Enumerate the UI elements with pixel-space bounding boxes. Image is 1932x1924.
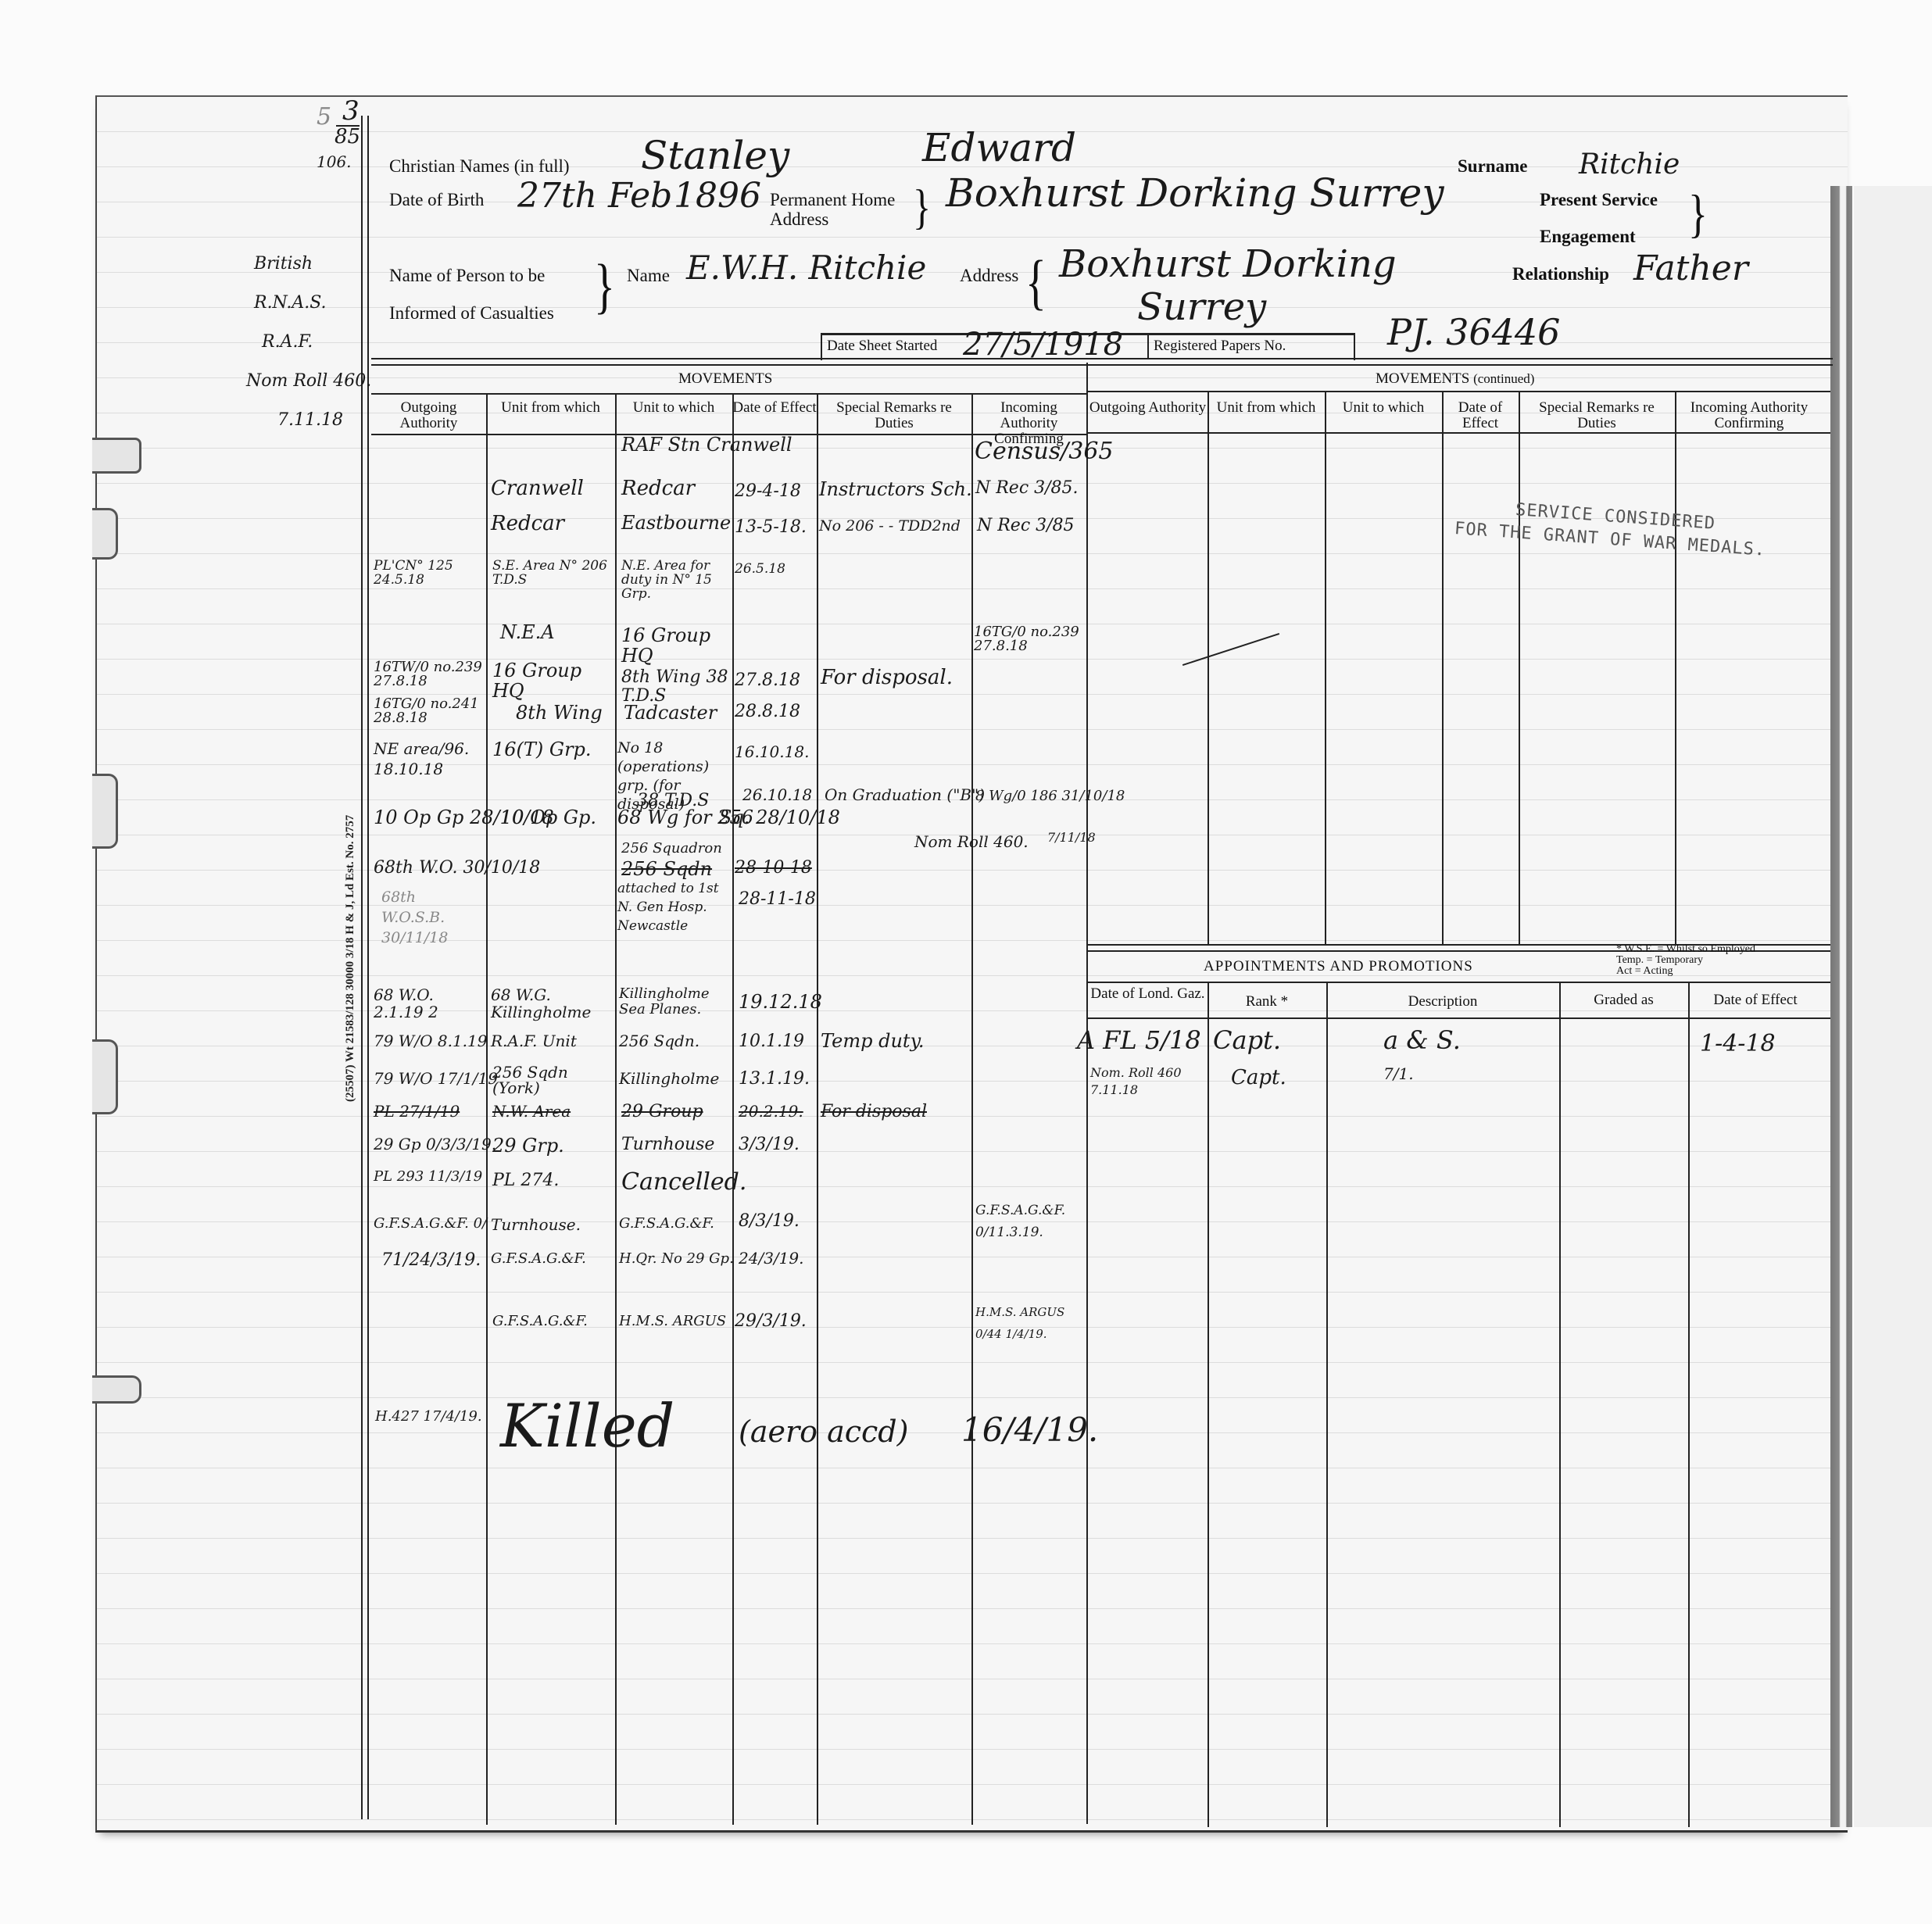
movement-from: Cranwell bbox=[491, 477, 584, 500]
col-rule bbox=[1559, 983, 1561, 1827]
movement-incoming: 7/11/18 bbox=[1047, 830, 1096, 845]
cont-col-unit-to: Unit to which bbox=[1325, 400, 1442, 416]
registered-papers-label: Registered Papers No. bbox=[1154, 338, 1286, 355]
movement-to: N.E. Area for duty in N° 15 Grp. bbox=[621, 559, 731, 601]
col-rule bbox=[1207, 392, 1209, 946]
continued-suffix: (continued) bbox=[1473, 371, 1534, 386]
table-divider bbox=[1086, 363, 1088, 1824]
movement-outgoing: 68 W.O. 2.1.19 2 bbox=[374, 986, 485, 1021]
cont-col-outgoing-authority: Outgoing Authority bbox=[1088, 400, 1207, 416]
movement-to: Tadcaster bbox=[624, 702, 717, 724]
movement-to: G.F.S.A.G.&F. bbox=[619, 1215, 714, 1232]
movement-to: 256 Squadron bbox=[621, 840, 722, 857]
home-address-label-2: Address bbox=[770, 209, 828, 230]
movement-incoming: 16TG/0 no.239 27.8.18 bbox=[974, 625, 1085, 653]
col-rule bbox=[732, 395, 734, 1825]
movement-to: 256 Sqdn. bbox=[619, 1032, 699, 1050]
relationship-value: Father bbox=[1633, 249, 1748, 288]
appt-rank: Capt. bbox=[1213, 1025, 1281, 1055]
movement-outgoing: NE area/96. 18.10.18 bbox=[374, 738, 485, 779]
bracket: } bbox=[913, 180, 931, 236]
bracket: } bbox=[594, 252, 615, 322]
movement-to: Cancelled. bbox=[621, 1168, 746, 1196]
movement-from: 68 W.G. Killingholme bbox=[491, 986, 612, 1021]
casualty-label: Name of Person to be bbox=[389, 266, 545, 286]
movement-outgoing: 71/24/3/19. bbox=[381, 1250, 481, 1270]
movement-from: N.E.A bbox=[500, 621, 555, 643]
movement-incoming: Census/365 bbox=[975, 438, 1114, 465]
rule bbox=[371, 393, 1086, 395]
movement-to: H.Qr. No 29 Gp. bbox=[619, 1250, 734, 1267]
movement-to: 8th Wing 38 T.D.S bbox=[621, 668, 731, 706]
movement-to: Eastbourne bbox=[621, 512, 731, 534]
movement-to: Turnhouse bbox=[621, 1135, 714, 1154]
movement-to-struck: 29 Group bbox=[621, 1102, 703, 1121]
margin-note: British bbox=[254, 254, 313, 274]
col-rule bbox=[1688, 983, 1690, 1827]
bracket: } bbox=[1688, 184, 1708, 245]
cont-col-special-remarks: Special Remarks re Duties bbox=[1519, 400, 1675, 431]
killed-text: Killed bbox=[500, 1391, 674, 1461]
col-rule bbox=[817, 395, 818, 1825]
casualty-name-label: Name bbox=[627, 266, 670, 286]
dob-day: 27th Feb bbox=[517, 176, 672, 216]
casualty-address-label: Address bbox=[960, 266, 1018, 286]
movement-incoming: H.M.S. ARGUS 0/44 1/4/19. bbox=[975, 1301, 1085, 1345]
movement-date: 26.10.18 bbox=[742, 785, 812, 804]
christian-name-1: Stanley bbox=[641, 133, 789, 178]
movement-date: 16.10.18. bbox=[735, 742, 809, 761]
casualty-label-2: Informed of Casualties bbox=[389, 303, 554, 324]
movement-outgoing-struck: PL 27/1/19 bbox=[374, 1102, 460, 1121]
registered-papers-value: PJ. 36446 bbox=[1387, 311, 1560, 353]
appt-gazette: Nom. Roll 460 7.11.18 bbox=[1090, 1064, 1207, 1099]
movement-from: PL 274. bbox=[492, 1171, 559, 1190]
movement-from: G.F.S.A.G.&F. bbox=[491, 1250, 586, 1267]
movement-date: 27.8.18 bbox=[735, 671, 800, 690]
surname-label: Surname bbox=[1458, 156, 1527, 177]
killed-date: 16/4/19. bbox=[961, 1411, 1098, 1449]
present-service-label: Present Service bbox=[1540, 190, 1658, 210]
rule bbox=[1088, 982, 1830, 983]
cont-col-date-of-effect: Date of Effect bbox=[1442, 400, 1519, 431]
col-rule bbox=[1519, 392, 1520, 946]
binder-ring-icon bbox=[92, 774, 118, 849]
movement-outgoing: 68th W.O.S.B. 30/11/18 bbox=[381, 887, 483, 948]
movement-date: 3/3/19. bbox=[739, 1135, 800, 1154]
casualty-address-value-1: Boxhurst Dorking bbox=[1059, 242, 1397, 286]
movement-from: R.A.F. Unit bbox=[491, 1032, 577, 1050]
binder-ring-icon bbox=[92, 508, 118, 560]
movement-date: 29/3/19. bbox=[735, 1311, 807, 1331]
col-rule bbox=[1675, 392, 1676, 946]
binding-edge bbox=[1830, 186, 1852, 1827]
engagement-label: Engagement bbox=[1540, 227, 1636, 247]
movement-date: Sq. 28/10/18 bbox=[719, 806, 840, 828]
col-rule bbox=[1326, 983, 1328, 1827]
movement-outgoing: 16TW/0 no.239 27.8.18 bbox=[374, 660, 485, 688]
movement-from: 29 Grp. bbox=[492, 1135, 564, 1157]
movement-date-struck: 28-10-18 bbox=[735, 858, 812, 878]
dob-year: 1896 bbox=[674, 176, 761, 216]
movement-to: H.M.S. ARGUS bbox=[619, 1313, 726, 1329]
movement-date: 10.1.19 bbox=[739, 1032, 804, 1051]
movement-to: Redcar bbox=[621, 477, 695, 500]
movement-to: 16 Group HQ bbox=[621, 625, 731, 666]
col-unit-from: Unit from which bbox=[486, 400, 615, 416]
movement-from: 10 Op Gp. bbox=[500, 806, 596, 828]
movement-remarks: On Graduation ("B") bbox=[825, 785, 985, 804]
legend-act: Act = Acting bbox=[1616, 966, 1755, 977]
home-address-label: Permanent Home bbox=[770, 190, 895, 210]
appt-col-rank: Rank * bbox=[1207, 994, 1326, 1010]
appointments-legend: * W.S.E. = Whilst so Employed Temp. = Te… bbox=[1616, 944, 1755, 977]
movement-date: 13.1.19. bbox=[739, 1069, 810, 1089]
movement-incoming: N Rec 3/85. bbox=[975, 478, 1079, 498]
movement-date: 13-5-18. bbox=[735, 517, 807, 537]
appt-rank: Capt. bbox=[1231, 1066, 1286, 1089]
divider bbox=[1147, 334, 1149, 358]
casualty-address-value-2: Surrey bbox=[1137, 285, 1266, 329]
col-rule bbox=[1442, 392, 1444, 946]
movement-incoming: N Rec 3/85 bbox=[977, 516, 1075, 535]
movement-outgoing: PL 293 11/3/19 bbox=[374, 1168, 485, 1186]
movement-date: 26.5.18 bbox=[735, 561, 785, 577]
binder-ring-icon bbox=[92, 1039, 118, 1114]
movement-date: 28-11-18 bbox=[739, 889, 816, 909]
appointments-title: APPOINTMENTS AND PROMOTIONS bbox=[1204, 958, 1473, 975]
movement-to-struck: 256 Sqdn bbox=[621, 858, 712, 880]
col-date-of-effect: Date of Effect bbox=[732, 400, 817, 416]
margin-fraction-bottom: 85 bbox=[335, 125, 360, 148]
home-address-value: Boxhurst Dorking Surrey bbox=[946, 170, 1444, 216]
movement-from: 16(T) Grp. bbox=[492, 738, 592, 760]
movement-date: 19.12.18 bbox=[739, 991, 822, 1013]
margin-note: R.N.A.S. bbox=[254, 293, 327, 313]
rule bbox=[1088, 1017, 1830, 1019]
surname-value: Ritchie bbox=[1579, 148, 1680, 181]
movement-outgoing: 79 W/O 17/1/19 bbox=[374, 1069, 498, 1088]
casualty-name-value: E.W.H. Ritchie bbox=[686, 249, 926, 287]
movement-to: RAF Stn Cranwell bbox=[621, 434, 792, 456]
movement-to: Killingholme Sea Planes. bbox=[619, 986, 732, 1017]
movement-from: 16 Group HQ bbox=[492, 660, 614, 701]
movement-remarks-struck: For disposal bbox=[821, 1102, 927, 1121]
appt-description: 7/1. bbox=[1383, 1064, 1414, 1083]
margin-note: 7.11.18 bbox=[277, 410, 343, 430]
movement-date: 8/3/19. bbox=[739, 1211, 800, 1231]
movement-remarks: For disposal. bbox=[821, 666, 953, 689]
movement-outgoing: 68th W.O. 30/10/18 bbox=[374, 858, 540, 878]
movement-remarks: No 206 - - TDD2nd bbox=[819, 517, 961, 535]
bracket: { bbox=[1025, 248, 1046, 318]
movement-remarks: Nom Roll 460. bbox=[914, 832, 1029, 851]
binder-ring-icon bbox=[92, 1375, 141, 1404]
appt-col-gazette: Date of Lond. Gaz. bbox=[1088, 986, 1207, 1002]
appt-col-graded-as: Graded as bbox=[1559, 992, 1688, 1008]
movement-outgoing: G.F.S.A.G.&F. 0/ bbox=[374, 1215, 487, 1232]
killed-outgoing-authority: H.427 17/4/19. bbox=[375, 1407, 485, 1427]
christian-name-2: Edward bbox=[922, 125, 1076, 170]
margin-fraction-top: 3 bbox=[342, 95, 360, 127]
christian-names-label: Christian Names (in full) bbox=[389, 156, 570, 177]
margin-number: 5 bbox=[317, 103, 331, 131]
movement-incoming: 8 Wg/0 186 31/10/18 bbox=[975, 788, 1125, 804]
col-rule bbox=[1325, 392, 1326, 946]
movement-outgoing: PL'CN° 125 24.5.18 bbox=[374, 559, 483, 587]
appt-col-date-of-effect: Date of Effect bbox=[1688, 992, 1823, 1008]
margin-note: R.A.F. bbox=[262, 332, 313, 352]
movement-from: Redcar bbox=[491, 512, 564, 535]
movement-to: attached to 1st N. Gen Hosp. Newcastle bbox=[617, 879, 727, 935]
col-rule bbox=[486, 395, 488, 1825]
legend-temp: Temp. = Temporary bbox=[1616, 955, 1755, 966]
movements-title: MOVEMENTS bbox=[678, 370, 772, 388]
col-outgoing-authority: Outgoing Authority bbox=[371, 400, 486, 431]
movement-date-struck: 20.2.19. bbox=[739, 1102, 803, 1121]
appt-gazette: A FL 5/18 bbox=[1077, 1025, 1201, 1055]
movements-continued-title: MOVEMENTS (continued) bbox=[1376, 370, 1534, 388]
rule bbox=[1088, 432, 1830, 434]
header-rule bbox=[371, 358, 1833, 366]
movement-date: 29-4-18 bbox=[735, 481, 801, 501]
legend-wse: * W.S.E. = Whilst so Employed bbox=[1616, 944, 1755, 955]
movement-from: S.E. Area N° 206 T.D.S bbox=[492, 559, 614, 587]
movement-outgoing: 16TG/0 no.241 28.8.18 bbox=[374, 697, 485, 725]
dob-label: Date of Birth bbox=[389, 190, 484, 210]
appt-col-description: Description bbox=[1326, 994, 1559, 1010]
movement-date: 28.8.18 bbox=[735, 702, 800, 721]
page-background-right bbox=[1854, 186, 1932, 1827]
killed-cause: (aero accd) bbox=[739, 1414, 908, 1449]
col-rule bbox=[615, 395, 617, 1825]
cont-col-unit-from: Unit from which bbox=[1207, 400, 1325, 416]
movement-to: Killingholme bbox=[619, 1069, 719, 1088]
movement-from: 8th Wing bbox=[516, 702, 603, 724]
movement-from: 256 Sqdn (York) bbox=[492, 1064, 610, 1096]
col-special-remarks: Special Remarks re Duties bbox=[817, 400, 971, 431]
margin-ref: 106. bbox=[317, 152, 352, 171]
col-rule bbox=[971, 395, 973, 1825]
movement-date: 24/3/19. bbox=[739, 1249, 803, 1268]
movements-continued-title-text: MOVEMENTS bbox=[1376, 370, 1469, 387]
movement-remarks: Instructors Sch. bbox=[819, 478, 972, 500]
movement-from: G.F.S.A.G.&F. bbox=[492, 1313, 588, 1329]
appt-description: a & S. bbox=[1383, 1025, 1461, 1055]
margin-note: Nom Roll 460. bbox=[246, 371, 371, 391]
movement-incoming: G.F.S.A.G.&F. 0/11.3.19. bbox=[975, 1200, 1085, 1243]
col-rule bbox=[1207, 983, 1209, 1827]
date-sheet-started-label: Date Sheet Started bbox=[827, 338, 937, 355]
movement-outgoing: 29 Gp 0/3/3/19. bbox=[374, 1135, 496, 1153]
movement-from-struck: N.W. Area bbox=[492, 1102, 571, 1121]
relationship-label: Relationship bbox=[1512, 264, 1609, 284]
movement-remarks: Temp duty. bbox=[821, 1030, 925, 1052]
movement-from: Turnhouse. bbox=[491, 1215, 581, 1234]
col-unit-to: Unit to which bbox=[615, 400, 732, 416]
appt-date-of-effect: 1-4-18 bbox=[1700, 1030, 1776, 1057]
binder-ring-icon bbox=[92, 438, 141, 474]
printer-imprint: (25507) Wt 21583/128 30000 3/18 H & J, L… bbox=[344, 815, 357, 1102]
rule bbox=[1088, 391, 1830, 392]
movement-outgoing: 79 W/O 8.1.19 bbox=[374, 1032, 487, 1050]
cont-col-incoming-authority: Incoming Authority Confirming bbox=[1675, 400, 1823, 431]
